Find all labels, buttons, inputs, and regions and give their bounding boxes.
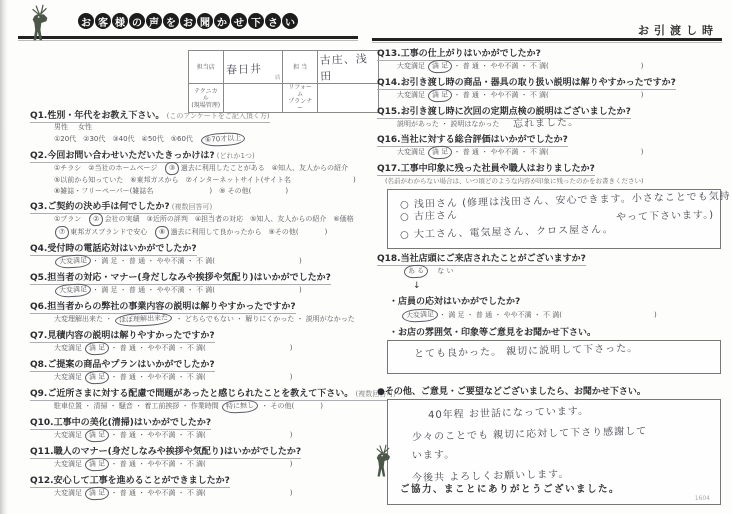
option-text: ・ その他( <box>259 402 294 410</box>
question-title-row: Q16.当社に対する総合評価はいかがでしたか? <box>377 134 725 146</box>
option-text: ) <box>641 148 644 156</box>
option-text: ・ 普 通 ・ やや不満 ・ 不 満( <box>110 344 205 352</box>
question-title-row: Q1.性別・年代をお教え下さい。 (このアンケートをご記入頂く方) <box>30 110 372 122</box>
question-title-row: Q5.担当者の対応・マナー(身だしなみや挨拶や気配り)はいかがでしたか? <box>30 272 372 284</box>
question-title: 当社に対する総合評価はいかがでしたか? <box>401 135 568 145</box>
option-text: 大変満足 <box>397 62 427 70</box>
sub-question-label: ・店員の応対はいかがでしたか? <box>389 294 725 307</box>
circled-answer: 特に無し <box>222 399 259 414</box>
comment-box-line: います。 <box>394 445 714 466</box>
question-title-row: Q12.安心して工事を進めることができましたか? <box>30 475 372 487</box>
question-title: 今回お問い合わせいただいたきっかけは? <box>47 151 214 161</box>
option-text: ) <box>320 402 323 410</box>
question-block: Q7.見積内容の説明は解りやすかったですか?大変満足 満 足・ 普 通 ・ やや… <box>30 330 372 355</box>
question-title: 安心して工事を進めることができましたか? <box>54 476 230 486</box>
comment-box-line: 40年程 お世話になっています。 <box>394 403 714 424</box>
option-line: 大変満足 満 足・ 普 通 ・ やや不満 ・ 不 満() <box>377 89 725 102</box>
option-text: ・ 普 通 ・ やや不満 ・ 不 満( <box>110 431 205 439</box>
question-title-row: Q9.ご近所さまに対する配慮で問題があったと感じられたことを教えて下さい。 (複… <box>30 388 372 400</box>
comment-box-line: 少々のことでも 親切に応対して下さり感謝して <box>394 424 714 445</box>
question-id: Q6. <box>30 302 47 312</box>
deer-logo <box>24 4 62 42</box>
question-block: Q18.当社店頭にご来店されたことがございますか?あ るな い <box>377 253 725 278</box>
circled-answer: ⑦ <box>55 226 70 240</box>
title-circle-char: か <box>214 13 230 29</box>
comment-box-line: とても良かった。 親切に説明して下さった。 <box>394 344 714 360</box>
header-rule-left-thin <box>18 40 358 41</box>
option-text: 過去に利用して良かったから ⑨その他( <box>171 228 299 236</box>
thanks-note: ご協力、まことにありがとうございました。 <box>400 481 620 495</box>
question-block: Q5.担当者の対応・マナー(身だしなみや挨拶や気配り)はいかがでしたか?大変満足… <box>30 272 372 297</box>
question-title: お引き渡し時の商品・器具の取り扱い説明は解りやすかったですか? <box>401 78 676 88</box>
question-id: Q14. <box>377 78 401 88</box>
question-id: Q10. <box>30 418 54 428</box>
question-title: 工事中の美化(清掃)はいかがでしたか? <box>54 418 211 428</box>
option-text: 東邦ガスブランドで安心 <box>70 228 154 236</box>
question-title: 担当者からの弊社の事業内容の説明は解りやすかったですか? <box>47 302 295 312</box>
option-text: ・ 普 通 ・ やや不満 ・ 不 満( <box>453 148 548 156</box>
question-id: Q9. <box>30 389 47 399</box>
option-text: 大変満足 <box>397 148 427 156</box>
option-text: ) <box>353 176 356 184</box>
question-block: Q6.担当者からの弊社の事業内容の説明は解りやすかったですか?大変理解出来た ・… <box>30 301 372 326</box>
title-circle-char: お <box>180 13 196 29</box>
comment-box-line: ○ 浅田さん (修理は浅田さん、安心できます。小さなことでも気持よく <box>394 193 714 209</box>
circled-answer: 満 足 <box>85 486 110 500</box>
option-text: ・ 普 通 ・ やや不満 ・ 不 満( <box>453 62 548 70</box>
comment-box-line: ○ 大工さん、電気屋さん、クロス屋さん。 <box>394 225 714 241</box>
question-id: Q5. <box>30 273 47 283</box>
option-text: ・ どちらでもない ・ 解りにくかった ・ 説明がなかった <box>173 315 354 323</box>
question-title: 職人のマナー(身だしなみや挨拶や気配り)はいかがでしたか? <box>54 447 301 457</box>
section-label: ●その他、ご意見・ご要望などございましたら、お聞かせ下さい。 <box>377 384 725 397</box>
circled-answer: ⑧ <box>155 226 170 240</box>
question-title: 工事中印象に残った社員や職人はおりましたか? <box>401 164 595 174</box>
option-text: ・ 普 通 ・ やや不満 ・ 不 満( <box>110 460 205 468</box>
question-id: Q7. <box>30 331 47 341</box>
option-text: ) <box>299 257 302 265</box>
comment-box-line: ○ 古庄さんやって下さいます。) <box>394 209 714 225</box>
option-text: 会社の実績 ③近所の評判 ④担当者の対応 ⑤知人、友人からの紹介 ⑥価格 <box>105 215 354 223</box>
option-line: 大変満足・ 満 足 ・ 普 通 ・ やや不満 ・ 不 満() <box>377 309 725 322</box>
circled-answer: ほぼ理解出来た <box>115 312 173 328</box>
circled-answer: 大変満足 <box>55 283 92 298</box>
title-circle-char: せ <box>231 13 247 29</box>
option-text: ) <box>654 311 657 319</box>
question-block: Q10.工事中の美化(清掃)はいかがでしたか?大変満足 満 足・ 普 通 ・ や… <box>30 417 372 442</box>
handwritten-text: ○ 大工さん、電気屋さん、クロス屋さん。 <box>400 222 614 243</box>
question-id: Q4. <box>30 244 47 254</box>
circled-answer: 満 足 <box>85 428 110 442</box>
circled-answer: 大変満足 <box>55 254 92 269</box>
option-line: あ るな い <box>377 265 725 278</box>
question-title: 当社店頭にご来店されたことがございますか? <box>401 254 586 264</box>
handwritten-text: 少々のことでも 親切に応対して下さり感謝して <box>412 422 648 448</box>
question-id: Q12. <box>30 476 54 486</box>
question-title-row: Q3.ご契約の決め手は何でしたか? (複数回答可) <box>30 201 372 213</box>
option-line: 大変満足 満 足・ 普 通 ・ やや不満 ・ 不 満() <box>30 458 372 471</box>
option-line: 大変満足 満 足・ 普 通 ・ やや不満 ・ 不 満() <box>30 487 372 500</box>
header-rule-right <box>372 38 722 41</box>
questions-column-left: Q1.性別・年代をお教え下さい。 (このアンケートをご記入頂く方)男性女性①20… <box>30 110 372 504</box>
question-id: Q17. <box>377 164 401 174</box>
form-number: 1604 <box>695 495 710 502</box>
title-circle-char: さ <box>265 13 281 29</box>
option-line: ①チラシ ②当社のホームページ ③過去に利用したことがある ④知人、友人からの紹… <box>30 162 372 175</box>
option-text: 説明があった ・ 説明はなかった <box>397 120 499 128</box>
option-text: ) <box>290 489 293 497</box>
question-title: ご提案の商品やプランはいかがでしたか? <box>47 360 214 370</box>
circled-answer: 大変満足 <box>402 308 439 323</box>
option-text: ) <box>290 373 293 381</box>
circled-answer: 満 足 <box>85 457 110 471</box>
question-title: 見積内容の説明は解りやすかったですか? <box>47 331 214 341</box>
title-circle-char: 声 <box>146 13 162 29</box>
option-line: ⑧雑誌・フリーペーパー(雑誌名) ⑨ その他() <box>30 186 372 197</box>
question-id: Q15. <box>377 107 401 117</box>
question-title-row: Q13.工事の仕上がりはいかがでしたか? <box>377 48 725 60</box>
tanto-value-cell: 古庄、浅田 <box>317 51 378 84</box>
scan-edge-shadow <box>0 0 8 514</box>
option-line: 説明があった ・ 説明はなかった忘れました。 <box>377 118 725 130</box>
option-line: 大変満足 満 足・ 普 通 ・ やや不満 ・ 不 満() <box>377 60 725 73</box>
question-block: Q3.ご契約の決め手は何でしたか? (複数回答可)①プラン ②会社の実績 ③近所… <box>30 201 372 239</box>
question-title-row: Q11.職人のマナー(身だしなみや挨拶や気配り)はいかがでしたか? <box>30 446 372 458</box>
option-line: 男性女性 <box>30 122 372 133</box>
option-text: 女性 <box>78 123 92 131</box>
question-title: 工事の仕上がりはいかがでしたか? <box>401 49 541 59</box>
option-text: 大変満足 <box>54 460 84 468</box>
question-block: Q17.工事中印象に残った社員や職人はおりましたか?(名前がわからない場合は、い… <box>377 163 725 185</box>
circled-answer: ③ <box>165 162 180 176</box>
title-circle-char: 客 <box>95 13 111 29</box>
question-id: Q2. <box>30 151 47 161</box>
technical-label: テクニカル (現場管理) <box>189 84 224 113</box>
handwritten-text: 40年程 お世話になっています。 <box>428 402 590 426</box>
option-text: ) <box>290 460 293 468</box>
option-line: 駐車位置 ・ 清掃 ・ 騒音 ・ 着工前挨拶 ・ 作業時間 特に無し ・ その他… <box>30 400 372 413</box>
circled-answer: 満 足 <box>85 370 110 384</box>
option-text: ) <box>290 431 293 439</box>
option-text: ・ 普 通 ・ やや不満 ・ 不 満( <box>110 489 205 497</box>
option-text: 大変理解出来た ・ <box>54 315 114 323</box>
question-note-line: (名前がわからない場合は、いつ頃どのような内容が印象に残ったのかをお書きください… <box>385 176 725 185</box>
title-circle-char: 聞 <box>197 13 213 29</box>
option-text: 大変満足 <box>54 344 84 352</box>
question-title: 性別・年代をお教え下さい。 <box>47 111 164 121</box>
option-text: ) <box>325 228 328 236</box>
header-rule-right-thin <box>372 42 722 43</box>
option-line: 大変満足 満 足・ 普 通 ・ やや不満 ・ 不 満() <box>30 429 372 442</box>
title-circle-char: お <box>78 13 94 29</box>
question-block: Q16.当社に対する総合評価はいかがでしたか?大変満足 満 足・ 普 通 ・ や… <box>377 134 725 159</box>
title-circle-char: を <box>163 13 179 29</box>
option-text: ⑧雑誌・フリーペーパー(雑誌名 <box>54 187 153 195</box>
option-line: ①プラン ②会社の実績 ③近所の評判 ④担当者の対応 ⑤知人、友人からの紹介 ⑥… <box>30 213 372 226</box>
option-text: ) <box>299 286 302 294</box>
question-title-row: Q18.当社店頭にご来店されたことがございますか? <box>377 253 725 265</box>
question-title-row: Q2.今回お問い合わせいただいたきっかけは? (どれか1つ) <box>30 150 372 162</box>
question-block: Q11.職人のマナー(身だしなみや挨拶や気配り)はいかがでしたか?大変満足 満 … <box>30 446 372 471</box>
question-id: Q1. <box>30 111 47 121</box>
tanto-label: 担 当 <box>283 51 317 84</box>
question-title-row: Q7.見積内容の説明は解りやすかったですか? <box>30 330 372 342</box>
circled-answer: 満 足 <box>428 88 453 102</box>
option-line: 大変理解出来た ・ ほぼ理解出来た ・ どちらでもない ・ 解りにくかった ・ … <box>30 313 372 326</box>
option-text: 大変満足 <box>54 489 84 497</box>
option-line: ⑤以前から知っていた ⑥東邦ガスから ⑦インターネットサイト(サイト名) <box>30 175 372 186</box>
option-text: ) ⑨ その他( <box>209 187 251 195</box>
handwritten-text: ○ 古庄さん <box>400 208 458 225</box>
staff-table: 担当店 春日井 店 担 当 古庄、浅田 テクニカル (現場管理) リフォーム プ… <box>188 50 379 113</box>
store-value-handwritten: 春日井 <box>225 60 262 77</box>
option-text: ) <box>641 62 644 70</box>
question-note: (このアンケートをご記入頂く方) <box>164 112 269 120</box>
store-value-cell: 春日井 店 <box>223 51 283 84</box>
question-note: (どれか1つ) <box>215 152 255 160</box>
option-text: ・ 普 通 ・ やや不満 ・ 不 満( <box>110 373 205 381</box>
question-title-underline: Q17.工事中印象に残った社員や職人はおりましたか? <box>377 164 595 176</box>
option-line: 大変満足 満 足・ 普 通 ・ やや不満 ・ 不 満() <box>30 342 372 355</box>
circled-answer: 満 足 <box>85 341 110 355</box>
handwritten-text: 忘れました。 <box>513 117 579 130</box>
survey-page: お客様の声をお聞かせ下さい お引渡し時 担当店 春日井 店 担 当 古庄、浅田 … <box>0 0 732 514</box>
footer-deer-logo <box>370 444 402 478</box>
question-id: Q11. <box>30 447 54 457</box>
title-circle-char: 様 <box>112 13 128 29</box>
question-title-row: Q6.担当者からの弊社の事業内容の説明は解りやすかったですか? <box>30 301 372 313</box>
option-text: ) <box>290 344 293 352</box>
question-title: 受付時の電話応対はいかがでしたか? <box>47 244 196 254</box>
store-label: 担当店 <box>189 51 224 84</box>
option-text: ・ 満 足 ・ 普 通 ・ やや不満 ・ 不 満( <box>92 286 215 294</box>
question-title-row: Q14.お引き渡し時の商品・器具の取り扱い説明は解りやすかったですか? <box>377 77 725 89</box>
question-block: Q12.安心して工事を進めることができましたか?大変満足 満 足・ 普 通 ・ … <box>30 475 372 500</box>
option-text: ・ 満 足 ・ 普 通 ・ やや不満 ・ 不 満( <box>92 257 215 265</box>
question-block: Q14.お引き渡し時の商品・器具の取り扱い説明は解りやすかったですか?大変満足 … <box>377 77 725 102</box>
arrow-down-icon: ↓ <box>413 282 725 291</box>
question-title-row: Q4.受付時の電話応対はいかがでしたか? <box>30 243 372 255</box>
option-text: ①プラン <box>54 215 88 223</box>
question-title: ご近所さまに対する配慮で問題があったと感じられたことを教えて下さい。 <box>47 389 353 399</box>
question-note: (複数回答可) <box>170 203 213 211</box>
store-suffix: 店 <box>275 73 281 81</box>
option-text: ) <box>285 187 288 195</box>
circled-answer: 満 足 <box>428 145 453 159</box>
question-block: Q2.今回お問い合わせいただいたきっかけは? (どれか1つ)①チラシ ②当社のホ… <box>30 150 372 197</box>
title-banner: お客様の声をお聞かせ下さい <box>78 13 298 29</box>
comment-box: とても良かった。 親切に説明して下さった。 <box>387 340 721 374</box>
option-text: 男性 <box>54 123 68 131</box>
option-line: 大変満足・ 満 足 ・ 普 通 ・ やや不満 ・ 不 満() <box>30 284 372 297</box>
circled-answer: ⑥70才以上 <box>201 132 246 147</box>
option-text: な い <box>437 267 453 275</box>
option-line: ⑦東邦ガスブランドで安心 ⑧過去に利用して良かったから ⑨その他() <box>30 226 372 239</box>
question-id: Q18. <box>377 254 401 264</box>
handwritten-text: とても良かった。 親切に説明して下さった。 <box>414 341 639 362</box>
option-text: ・ 満 足 ・ 普 通 ・ やや不満 ・ 不 満( <box>439 311 562 319</box>
option-text: ) <box>641 91 644 99</box>
title-circle-char: い <box>282 13 298 29</box>
option-line: 大変満足・ 満 足 ・ 普 通 ・ やや不満 ・ 不 満() <box>30 255 372 268</box>
question-title-row: Q15.お引き渡し時に次回の定期点検の説明はございましたか? <box>377 106 725 118</box>
tanto-value-handwritten: 古庄、浅田 <box>319 50 376 84</box>
question-title-row: Q17.工事中印象に残った社員や職人はおりましたか? <box>377 163 725 175</box>
option-text: 大変満足 <box>397 91 427 99</box>
planner-value-cell <box>317 84 378 113</box>
question-block: Q13.工事の仕上がりはいかがでしたか?大変満足 満 足・ 普 通 ・ やや不満… <box>377 48 725 73</box>
option-line: 大変満足 満 足・ 普 通 ・ やや不満 ・ 不 満() <box>30 371 372 384</box>
option-text: 過去に利用したことがある ④知人、友人からの紹介 <box>181 164 348 172</box>
question-block: Q8.ご提案の商品やプランはいかがでしたか?大変満足 満 足・ 普 通 ・ やや… <box>30 359 372 384</box>
option-text: 大変満足 <box>54 373 84 381</box>
circled-answer: ② <box>89 213 104 227</box>
title-circle-char: 下 <box>248 13 264 29</box>
sub-question-label: ・お店の雰囲気・印象等ご意見をお聞かせ下さい。 <box>389 325 725 338</box>
planner-label: リフォーム プランナー <box>283 84 317 113</box>
handover-time-label: お引渡し時 <box>638 22 718 38</box>
handwritten-text: います。 <box>412 445 456 466</box>
title-circle-char: の <box>129 13 145 29</box>
question-id: Q8. <box>30 360 47 370</box>
question-block: Q9.ご近所さまに対する配慮で問題があったと感じられたことを教えて下さい。 (複… <box>30 388 372 413</box>
question-title-row: Q8.ご提案の商品やプランはいかがでしたか? <box>30 359 372 371</box>
questions-column-right: Q13.工事の仕上がりはいかがでしたか?大変満足 満 足・ 普 通 ・ やや不満… <box>377 48 725 509</box>
question-id: Q13. <box>377 49 401 59</box>
handwritten-text: やって下さいます。) <box>616 208 714 226</box>
header-rule-left <box>18 36 358 39</box>
question-title-row: Q10.工事中の美化(清掃)はいかがでしたか? <box>30 417 372 429</box>
question-title: ご契約の決め手は何でしたか? <box>47 202 169 212</box>
question-id: Q3. <box>30 202 47 212</box>
technical-value-cell <box>223 84 283 113</box>
option-line: 大変満足 満 足・ 普 通 ・ やや不満 ・ 不 満() <box>377 146 725 159</box>
option-text: 大変満足 <box>54 431 84 439</box>
option-text: ⑤以前から知っていた ⑥東邦ガスから ⑦インターネットサイト(サイト名 <box>54 176 291 184</box>
question-id: Q16. <box>377 135 401 145</box>
option-text: ・ 普 通 ・ やや不満 ・ 不 満( <box>453 91 548 99</box>
question-title: 担当者の対応・マナー(身だしなみや挨拶や気配り)はいかがでしたか? <box>47 273 330 283</box>
circled-answer: あ る <box>404 264 429 278</box>
question-block: Q4.受付時の電話応対はいかがでしたか?大変満足・ 満 足 ・ 普 通 ・ やや… <box>30 243 372 268</box>
question-block: Q15.お引き渡し時に次回の定期点検の説明はございましたか?説明があった ・ 説… <box>377 106 725 130</box>
option-line: ①20代 ②30代 ③40代 ④50代 ⑤60代 ⑥70才以上 <box>30 133 372 146</box>
option-text: ①20代 ②30代 ③40代 ④50代 ⑤60代 <box>54 135 200 143</box>
question-title: お引き渡し時に次回の定期点検の説明はございましたか? <box>401 107 631 117</box>
option-text: 駐車位置 ・ 清掃 ・ 騒音 ・ 着工前挨拶 ・ 作業時間 <box>54 402 221 410</box>
comment-box: ○ 浅田さん (修理は浅田さん、安心できます。小さなことでも気持よく○ 古庄さん… <box>387 189 721 249</box>
option-text: ①チラシ ②当社のホームページ <box>54 164 164 172</box>
question-block: Q1.性別・年代をお教え下さい。 (このアンケートをご記入頂く方)男性女性①20… <box>30 110 372 146</box>
circled-answer: 満 足 <box>428 59 453 73</box>
